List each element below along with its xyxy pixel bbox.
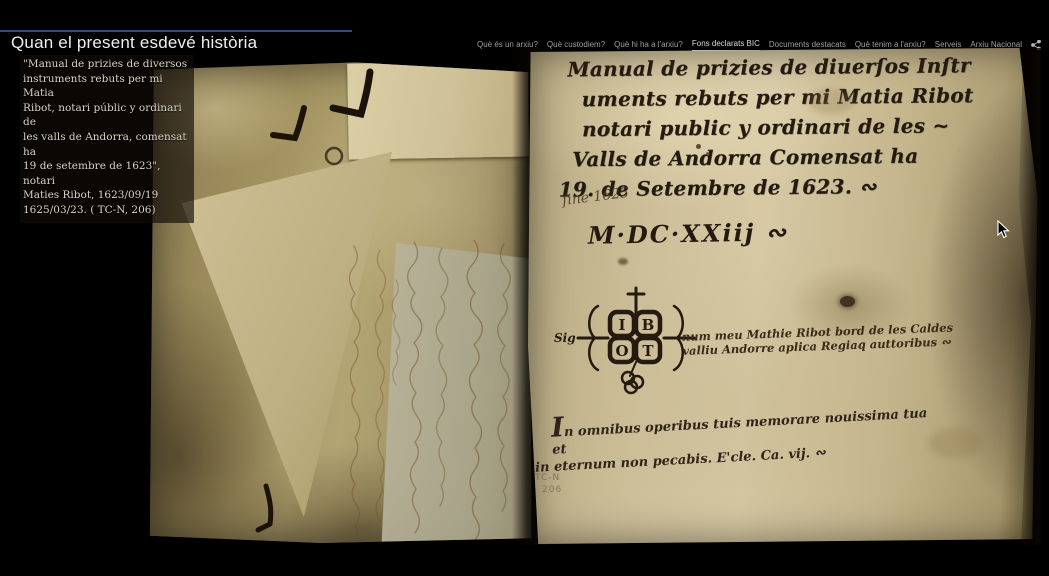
leather-clasp-hooks bbox=[238, 60, 398, 190]
loading-progress-bar bbox=[0, 30, 352, 32]
emblem-letter: I bbox=[618, 316, 625, 334]
caption-line: Maties Ribot, 1623/09/19 bbox=[23, 188, 189, 203]
archive-ref-code: TC-N bbox=[535, 472, 562, 484]
manuscript-photo[interactable]: Manual de prizies de diuerſos Inſtr umen… bbox=[148, 48, 1041, 545]
emblem-letter: T bbox=[642, 342, 654, 360]
faded-cursive-script bbox=[336, 240, 532, 555]
manuscript-heading: Manual de prizies de diuerſos Inſtr umen… bbox=[555, 50, 1032, 205]
ink-spots bbox=[696, 144, 701, 149]
caption-line: 19 de setembre de 1623", notari bbox=[23, 159, 189, 188]
caption-line: instruments rebuts per mi Matia bbox=[23, 72, 189, 101]
parchment-stain bbox=[618, 258, 628, 265]
parchment-stain bbox=[808, 88, 854, 114]
parchment-stain bbox=[928, 428, 984, 458]
caption-line: les valls de Andorra, comensat ha bbox=[23, 130, 189, 159]
caption-line: Ribot, notari públic y ordinari de bbox=[23, 101, 189, 130]
caption-line: "Manual de prizies de diversos bbox=[23, 57, 189, 72]
caption-line: 1625/03/23. ( TC-N, 206) bbox=[23, 203, 189, 218]
mouse-cursor bbox=[997, 220, 1010, 239]
exhibition-page: Quan el present esdevé història Què és u… bbox=[0, 0, 1049, 576]
ink-blot bbox=[840, 296, 855, 307]
emblem-letter: B bbox=[642, 316, 655, 334]
archive-ref-number: 206 bbox=[542, 484, 562, 496]
document-caption: "Manual de prizies de diversos instrumen… bbox=[20, 55, 194, 223]
notarial-sig-label: Sig bbox=[554, 331, 576, 345]
notarial-sign-emblem: I B O T bbox=[574, 280, 696, 402]
heading-line: Valls de Andorra Comensat ha bbox=[572, 140, 1031, 175]
emblem-letter: O bbox=[615, 342, 628, 360]
heading-line: notari public y ordinari de les ~ bbox=[582, 110, 1031, 145]
manuscript-roman-year: M·DC·XXiij ∾ bbox=[588, 217, 788, 249]
manuscript-left-page bbox=[148, 60, 532, 543]
heading-line: Manual de prizies de diuerſos Inſtr bbox=[567, 50, 1030, 85]
archive-reference-mark: TC-N 206 bbox=[535, 472, 562, 496]
heading-line: uments rebuts per mi Matia Ribot bbox=[582, 80, 1031, 115]
leather-clasp-hook-bottom bbox=[252, 478, 292, 538]
